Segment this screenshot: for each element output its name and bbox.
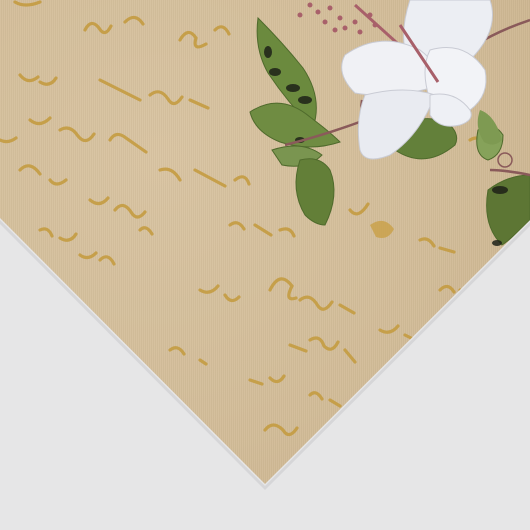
hibiscus-bud: [478, 110, 512, 167]
product-photo: [0, 0, 530, 530]
